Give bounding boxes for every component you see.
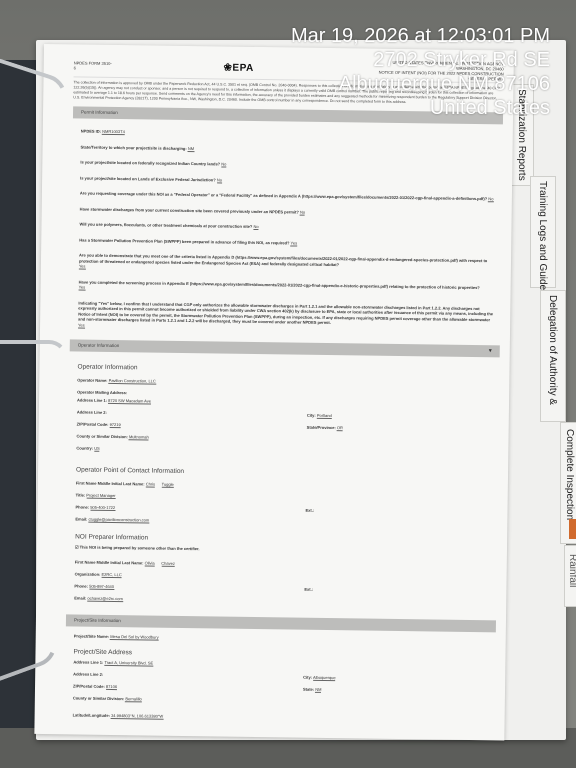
tab-complete-inspection[interactable]: Complete Inspection: [560, 422, 576, 544]
poc-heading: Operator Point of Contact Information: [76, 466, 498, 479]
site-city: City: Albuquerque: [303, 675, 487, 683]
chevron-down-icon[interactable]: ▾: [489, 345, 492, 357]
operator-state: State/Province: OR: [307, 425, 491, 433]
preparer-name: First Name Middle Initial Last Name: Oli…: [75, 559, 305, 567]
tab-label: Rainfall: [567, 554, 576, 587]
operator-address-1: Address Line 1: 8720 SW Macadam Ave: [77, 397, 307, 405]
operator-county: County or Similar Division: Multnomah: [76, 433, 306, 441]
permit-question: Indicating "Yes" below, I confirm that I…: [78, 300, 496, 333]
preparer-ext: Ext.:: [304, 587, 488, 595]
tab-rainfall[interactable]: Rainfall: [564, 545, 576, 607]
tab-training-logs[interactable]: Training Logs and Guides: [530, 176, 556, 288]
preparer-org: Organization: E2RC, LLC: [75, 571, 305, 579]
state-territory: State/Territory to which your project/si…: [81, 144, 499, 155]
site-name: Project/Site Name: Mesa Del Sol by Woodb…: [74, 633, 304, 641]
site-address-1: Address Line 1: Tract A, University Blvd…: [73, 659, 303, 667]
form-id: NPDES FORM 3510-6: [74, 60, 114, 71]
poc-ext: Ext.:: [305, 508, 489, 516]
photo-street: 2702 Stryker Rd SE: [291, 48, 550, 72]
poc-phone: Phone: 505-400-1722: [76, 504, 306, 512]
operator-zip: ZIP/Postal Code: 97219: [77, 421, 307, 429]
operator-country: Country: US: [76, 445, 306, 453]
orange-marker: [569, 519, 576, 539]
operator-heading: Operator Information: [77, 363, 499, 376]
npdes-id: NPDES ID: NMR1003T4: [81, 129, 499, 140]
tab-label: Complete Inspection: [564, 429, 575, 520]
permit-question: Are you able to demonstrate that you mee…: [79, 253, 497, 275]
permit-question: Is your project/site located on federall…: [80, 160, 498, 171]
site-info-section-header[interactable]: Project/Site Information: [66, 614, 496, 632]
site-zip: ZIP/Postal Code: 87106: [73, 683, 303, 691]
operator-city: City: Portland: [307, 413, 491, 421]
preparer-phone: Phone: 505-897-4640: [74, 583, 304, 591]
photo-timestamp-overlay: Mar 19, 2026 at 12:03:01 PM 2702 Stryker…: [291, 24, 550, 120]
operator-name: Operator Name: Pavilion Construction, LL…: [77, 377, 307, 385]
operator-info-section-header[interactable]: Operator Information ▾: [70, 339, 500, 357]
site-county: County or Similar Division: Bernalillo: [73, 695, 303, 703]
mailing-address-label: Operator Mailing Address:: [77, 389, 307, 397]
photo-datetime: Mar 19, 2026 at 12:03:01 PM: [291, 24, 550, 48]
permit-question: Has a Stormwater Pollution Prevention Pl…: [79, 237, 497, 248]
permit-question: Have you completed the screening process…: [79, 279, 497, 296]
permit-question: Will you use polymers, flocculants, or o…: [79, 222, 497, 233]
preparer-note: ☑ This NOI is being prepared by someone …: [75, 544, 305, 552]
site-state: State: NM: [303, 687, 487, 695]
permit-question: Have stormwater discharges from your cur…: [80, 206, 498, 217]
noi-form-page: NPDES FORM 3510-6 ❀EPA UNITED STATES ENV…: [34, 44, 514, 740]
binder-ring-middle: [0, 340, 68, 378]
tab-label: Training Logs and Guides: [537, 181, 548, 295]
site-latlong: Latitude/Longitude: 34.994803°N, 106.613…: [73, 712, 303, 720]
tab-label: Delegation of Authority &: [547, 295, 558, 405]
permit-questions: Is your project/site located on federall…: [70, 159, 502, 333]
permit-question: Is your project/site located on Lands of…: [80, 175, 498, 186]
section-title: Operator Information: [78, 343, 120, 349]
operator-address-2: Address Line 2:: [77, 409, 307, 417]
section-title: Project/Site Information: [74, 617, 121, 623]
permit-question: Are you requesting coverage under this N…: [80, 191, 498, 202]
poc-name: First Name Middle Initial Last Name: Chr…: [76, 480, 306, 488]
site-address-2: Address Line 2:: [73, 671, 303, 679]
tab-delegation-authority[interactable]: Delegation of Authority &: [540, 290, 566, 422]
epa-logo: ❀EPA: [224, 62, 254, 73]
poc-title: Title: Project Manager: [76, 492, 306, 500]
photo-city: Albuquerque NM 87106: [291, 72, 550, 96]
photo-country: United States: [291, 96, 550, 120]
preparer-email: Email: ochavez@e2rc.com: [74, 595, 304, 603]
poc-email: Email: ctuggle@pavilionconstruction.com: [75, 516, 305, 524]
section-title: Permit Information: [81, 110, 118, 116]
